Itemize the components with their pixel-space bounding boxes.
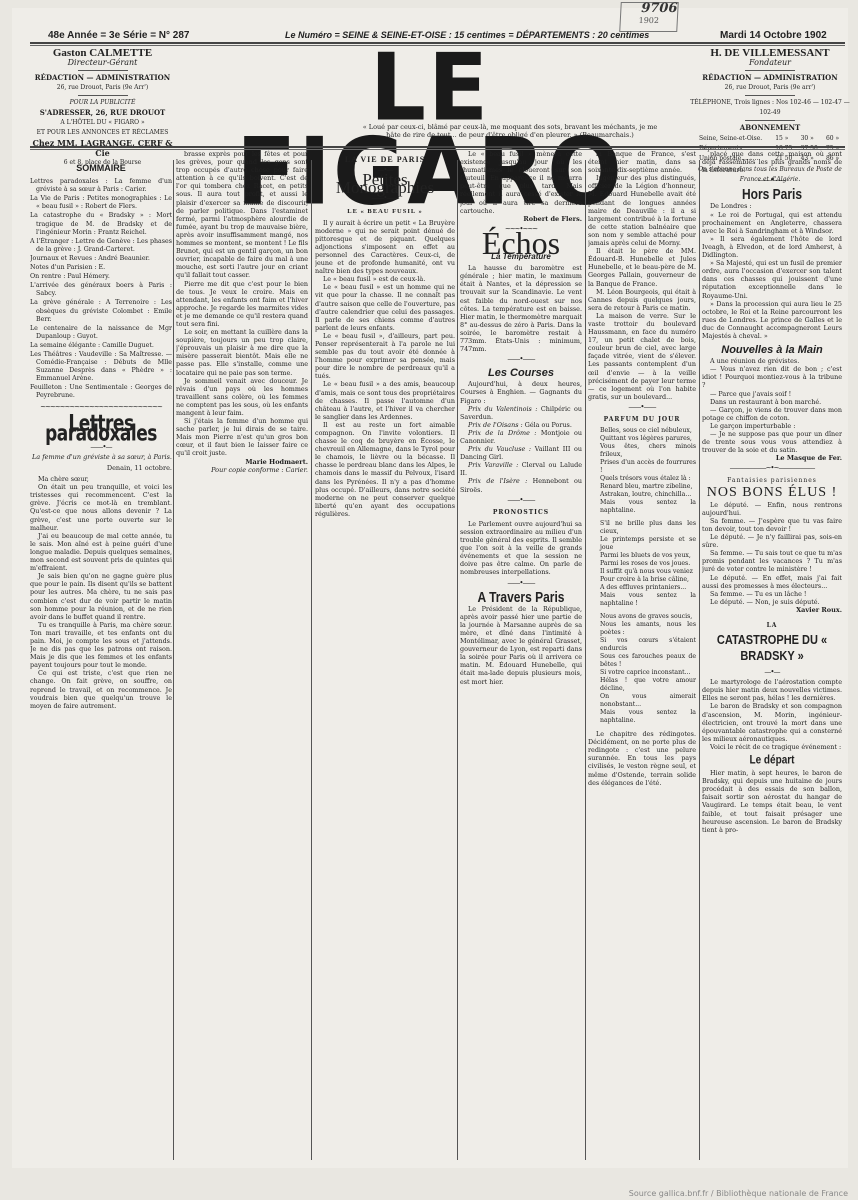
paragraph: A une réunion de grévistes. [702, 357, 842, 365]
vie-paris-tail: Le « beau fusil » mènera cette existence… [460, 150, 582, 215]
sommaire-item: La Vie de Paris : Petites monographies :… [30, 195, 172, 211]
column-rule [585, 160, 586, 1160]
sommaire-item: On rentre : Paul Hémery. [30, 273, 172, 281]
hors-paris-title: Hors Paris [702, 190, 842, 200]
courses-title: Les Courses [460, 369, 582, 377]
vie-paris-title: Petites Monographies [315, 176, 455, 192]
travers-title: A Travers Paris [460, 592, 582, 602]
paragraph: — Parce que j'avais soif ! [702, 390, 842, 398]
nouvelles-title: Nouvelles à la Main [702, 346, 842, 354]
sommaire-item: Journaux et Revues : André Beaunier. [30, 255, 172, 263]
sommaire-item: Lettres paradoxales : La femme d'un grév… [30, 178, 172, 194]
poem-title: PARFUM DU JOUR [588, 416, 696, 424]
divider: ——•—— [588, 403, 696, 411]
sommaire-item: Les Théâtres : Vaudeville : Sa Maîtresse… [30, 351, 172, 383]
dialogue-line: Le député. — Enfin, nous rentrons aujour… [702, 501, 842, 517]
redaction-label: RÉDACTION — ADMINISTRATION [690, 73, 850, 83]
dialogue-line: Le député. — En effet, mais j'ai fait au… [702, 574, 842, 590]
paragraph: » Sa Majesté, qui est un fusil de premie… [702, 259, 842, 299]
col5-body: la Banque de France, s'est éteint hier m… [588, 150, 696, 401]
paragraph: Ma chère sœur, [30, 475, 172, 483]
column-1: SOMMAIRE Lettres paradoxales : La femme … [30, 150, 172, 1160]
poem-stanza: S'il ne brille plus dans les cieux,Le pr… [600, 520, 696, 608]
paragraph: Le « beau fusil » a des amis, beaucoup d… [315, 380, 455, 420]
redaction-address: 26, rue Drouot, Paris (9e arr') [690, 83, 850, 93]
vie-paris-subtitle: LE « BEAU FUSIL » [315, 208, 455, 216]
lettres-dateline: Denain, 11 octobre. [30, 464, 172, 472]
subscription-row: Seine, Seine-et-Oise.15 »30 »60 » [697, 135, 843, 143]
publicity-line: S'ADRESSER, 26, RUE DROUOT [30, 108, 175, 118]
paragraph: Il y aurait à écrire un petit « La Bruyè… [315, 219, 455, 276]
dialogue-line: Sa femme. — Tu sais tout ce que tu m'as … [702, 549, 842, 573]
archive-stamp: 9706 1902 [619, 2, 679, 32]
poem-stanza: Nous avons de graves soucis,Nous les ama… [600, 613, 696, 725]
paragraph: Le « beau fusil », d'ailleurs, part peu.… [315, 332, 455, 381]
sommaire-item: Notes d'un Parisien : E. [30, 264, 172, 272]
section-label: LA VIE DE PARIS [315, 156, 455, 164]
paragraph: — Je ne suppose pas que pour un dîner de… [702, 430, 842, 454]
courses-intro: Aujourd'hui, à deux heures, Courses à En… [460, 380, 582, 404]
source-credit: Source gallica.bnf.fr / Bibliothèque nat… [629, 1189, 848, 1198]
redaction-address: 26, rue Drouot, Paris (9e Arr') [30, 83, 175, 93]
divider: ——•—— [460, 579, 582, 587]
col2-body: brasse exprès pour les fêtes et pour les… [176, 150, 308, 458]
lettres-footer: Pour copie conforme : Carier. [176, 466, 308, 474]
vie-paris-signature: Robert de Flers. [460, 215, 582, 223]
sommaire-item: Le centenaire de la naissance de Mgr Dup… [30, 325, 172, 341]
column-rule [457, 160, 458, 1160]
director-role: Directeur-Gérant [30, 58, 175, 68]
course-entry: Prix de l'Oisans : Géla ou Porus. [460, 421, 582, 429]
issue-line: 48e Année = 3e Série = N° 287 [48, 30, 190, 41]
catastrophe-title: CATASTROPHE DU « BRADSKY » [702, 633, 842, 664]
echos-title: Échos [460, 239, 582, 247]
paragraph: Je sais bien qu'on ne gagne guère plus q… [30, 572, 172, 621]
course-entry: Prix de la Drôme : Montjoie ou Canonnier… [460, 429, 582, 445]
sommaire-title: SOMMAIRE [30, 164, 172, 172]
paragraph: brasse exprès pour les fêtes et pour les… [176, 150, 308, 280]
redingote-body: Le chapitre des rédingotes. Décidément, … [588, 730, 696, 787]
divider: ——•—— [460, 496, 582, 504]
dialogue-line: Le député. — Non, je suis député. [702, 598, 842, 606]
catastrophe-label: LA [702, 622, 842, 630]
paragraph: De Londres : [702, 202, 842, 210]
nos-bons-elus-title: NOS BONS ÉLUS ! [702, 489, 842, 497]
depart-body: Hier matin, à sept heures, le baron de B… [702, 769, 842, 834]
motto: « Loué par ceux-ci, blâmé par ceux-là, m… [360, 123, 660, 139]
sommaire-item: La grève générale : A Terrenoire : Les o… [30, 299, 172, 323]
stamp-year: 1902 [620, 15, 677, 27]
paragraph: — Vous n'avez rien dit de bon ; c'est id… [702, 365, 842, 389]
paragraph: Je sommeil venait avec douceur. Je rêvai… [176, 377, 308, 417]
sommaire-item: L'arrivée des généraux boers à Paris : S… [30, 282, 172, 298]
paragraph: Le « beau fusil » est de ceux-là. [315, 275, 455, 283]
dialogue-line: Sa femme. — Tu es un lâche ! [702, 590, 842, 598]
paragraph: J'ai eu beaucoup de mal cette année, tu … [30, 532, 172, 572]
publicity-title: POUR LA PUBLICITÉ [30, 98, 175, 108]
dialogue-line: Le député. — Je n'y faillirai pas, sois-… [702, 533, 842, 549]
founder-role: Fondateur [690, 58, 850, 68]
redaction-label: RÉDACTION — ADMINISTRATION [30, 73, 175, 83]
paragraph: Si j'étais la femme d'un homme qui sache… [176, 417, 308, 457]
lettres-body: Ma chère sœur,On était un peu tranquille… [30, 475, 172, 710]
course-entry: Prix Varaville : Clerval ou Lalude II. [460, 461, 582, 477]
column-4: Le « beau fusil » mènera cette existence… [460, 150, 582, 1160]
stamp-mark: 9706 [621, 3, 678, 15]
paragraph: Le martyrologe de l'aérostation compte d… [702, 678, 842, 702]
paragraph: Pierre me dit que c'est pour le bien de … [176, 280, 308, 329]
depart-title: Le départ [702, 756, 842, 766]
paragraph: » Il sera également l'hôte de lord Iveag… [702, 235, 842, 259]
lettres-title: Lettres paradoxales [30, 418, 172, 439]
paragraph: Le baron de Bradsky et son compagnon d'a… [702, 702, 842, 742]
col6-intro: placé que dans cette maison où sont déjà… [702, 150, 842, 174]
poem-stanza: Belles, sous ce ciel nébuleux,Quittant v… [600, 427, 696, 515]
vie-paris-body: Il y aurait à écrire un petit « La Bruyè… [315, 219, 455, 518]
paragraph: — Garçon, je viens de trouver dans mon p… [702, 406, 842, 422]
nos-bons-elus-signature: Xavier Roux. [702, 606, 842, 614]
subscription-title: ABONNEMENT [690, 123, 850, 133]
sommaire-item: La catastrophe du « Bradsky » : Mort tra… [30, 212, 172, 236]
paragraph: Voici le récit de ce tragique événement … [702, 743, 842, 751]
course-entry: Prix du Valentinois : Chilpéric ou Saver… [460, 405, 582, 421]
catastrophe-body: Le martyrologe de l'aérostation compte d… [702, 678, 842, 751]
pronostics-title: PRONOSTICS [460, 509, 582, 517]
paragraph: Le soir, en mettant la cuillère dans la … [176, 328, 308, 377]
paragraph: Ce qui est triste, c'est que rien ne cha… [30, 669, 172, 709]
paragraph: « Le roi de Portugal, qui est attendu pr… [702, 211, 842, 235]
temperature-title: La Température [460, 253, 582, 261]
lettres-signature: Marie Hodmaert. [176, 458, 308, 466]
nouvelles-signature: Le Masque de Fer. [702, 454, 842, 462]
column-rule [699, 160, 700, 1160]
paragraph: Il est au reste un fort aimable compagno… [315, 421, 455, 518]
paragraph: On était un peu tranquille, et voici les… [30, 483, 172, 532]
lettres-subtitle: La femme d'un gréviste à sa sœur, à Pari… [30, 453, 172, 461]
paragraph: Il était le père de MM. Édouard-B. Huneb… [588, 247, 696, 287]
publicity-line: A L'HÔTEL DU « FIGARO » [30, 118, 175, 128]
paragraph: Le garçon imperturbable : [702, 422, 842, 430]
hors-paris-body: De Londres :« Le roi de Portugal, qui es… [702, 202, 842, 340]
dialogue-line: Sa femme. — J'espère que tu vas faire to… [702, 517, 842, 533]
column-rule [173, 160, 174, 1160]
course-entry: Prix de l'Isère : Hennebont ou Siroës. [460, 477, 582, 493]
divider: ——————~•~—————— [702, 464, 842, 472]
column-5: la Banque de France, s'est éteint hier m… [588, 150, 696, 1160]
poem: Belles, sous ce ciel nébuleux,Quittant v… [600, 427, 696, 725]
divider: —•— [702, 668, 842, 676]
nouvelles-body: A une réunion de grévistes.— Vous n'avez… [702, 357, 842, 454]
sommaire-item: A l'Étranger : Lettre de Genève : Les ph… [30, 238, 172, 254]
nos-bons-elus-body: Le député. — Enfin, nous rentrons aujour… [702, 501, 842, 606]
paragraph: » Dans la procession qui aura lieu le 25… [702, 300, 842, 340]
sommaire-item: Feuilleton : Une Sentimentale : Georges … [30, 384, 172, 400]
paragraph: Le « beau fusil » est un homme qui ne vi… [315, 283, 455, 332]
issue-date: Mardi 14 Octobre 1902 [720, 30, 827, 41]
paragraph: Tu es tranquille à Paris, ma chère sœur.… [30, 621, 172, 670]
divider: ~~~~~~~~~~~~~~~~~~~~~~~~~ [30, 403, 172, 411]
publicity-line: ET POUR LES ANNONCES ET RÉCLAMES [30, 128, 175, 138]
column-6: placé que dans cette maison où sont déjà… [702, 150, 842, 1160]
sommaire-item: La semaine élégante : Camille Duguet. [30, 342, 172, 350]
paragraph: la Banque de France, s'est éteint hier m… [588, 150, 696, 174]
paragraph: Le « beau fusil » mènera cette existence… [460, 150, 582, 215]
founder-name: H. DE VILLEMESSANT [690, 48, 850, 58]
pronostics-body: Le Parlement ouvre aujourd'hui sa sessio… [460, 520, 582, 577]
director-name: Gaston CALMETTE [30, 48, 175, 58]
temperature-body: La hausse du baromètre est générale ; hi… [460, 264, 582, 353]
paragraph: M. Léon Bourgeois, qui était à Cannes de… [588, 288, 696, 312]
column-2: brasse exprès pour les fêtes et pour les… [176, 150, 308, 1160]
paragraph: Ingénieur des plus distingués, officier … [588, 174, 696, 247]
course-entry: Prix du Vaucluse : Vaillant III ou Danci… [460, 445, 582, 461]
paragraph: La maison de verre. Sur le vaste trottoi… [588, 312, 696, 401]
divider: ——•—— [460, 355, 582, 363]
sommaire-list: Lettres paradoxales : La femme d'un grév… [30, 178, 172, 400]
paragraph: Dans un restaurant à bon marché. [702, 398, 842, 406]
column-3: LA VIE DE PARIS —•— Petites Monographies… [315, 150, 455, 1160]
travers-body: Le Président de la République, après avo… [460, 605, 582, 686]
telephone-line: TÉLÉPHONE, Trois lignes : Nos 102-46 — 1… [690, 98, 850, 118]
column-rule [311, 160, 312, 1160]
divider: ——•—— [702, 176, 842, 184]
courses-list: Prix du Valentinois : Chilpéric ou Saver… [460, 405, 582, 494]
